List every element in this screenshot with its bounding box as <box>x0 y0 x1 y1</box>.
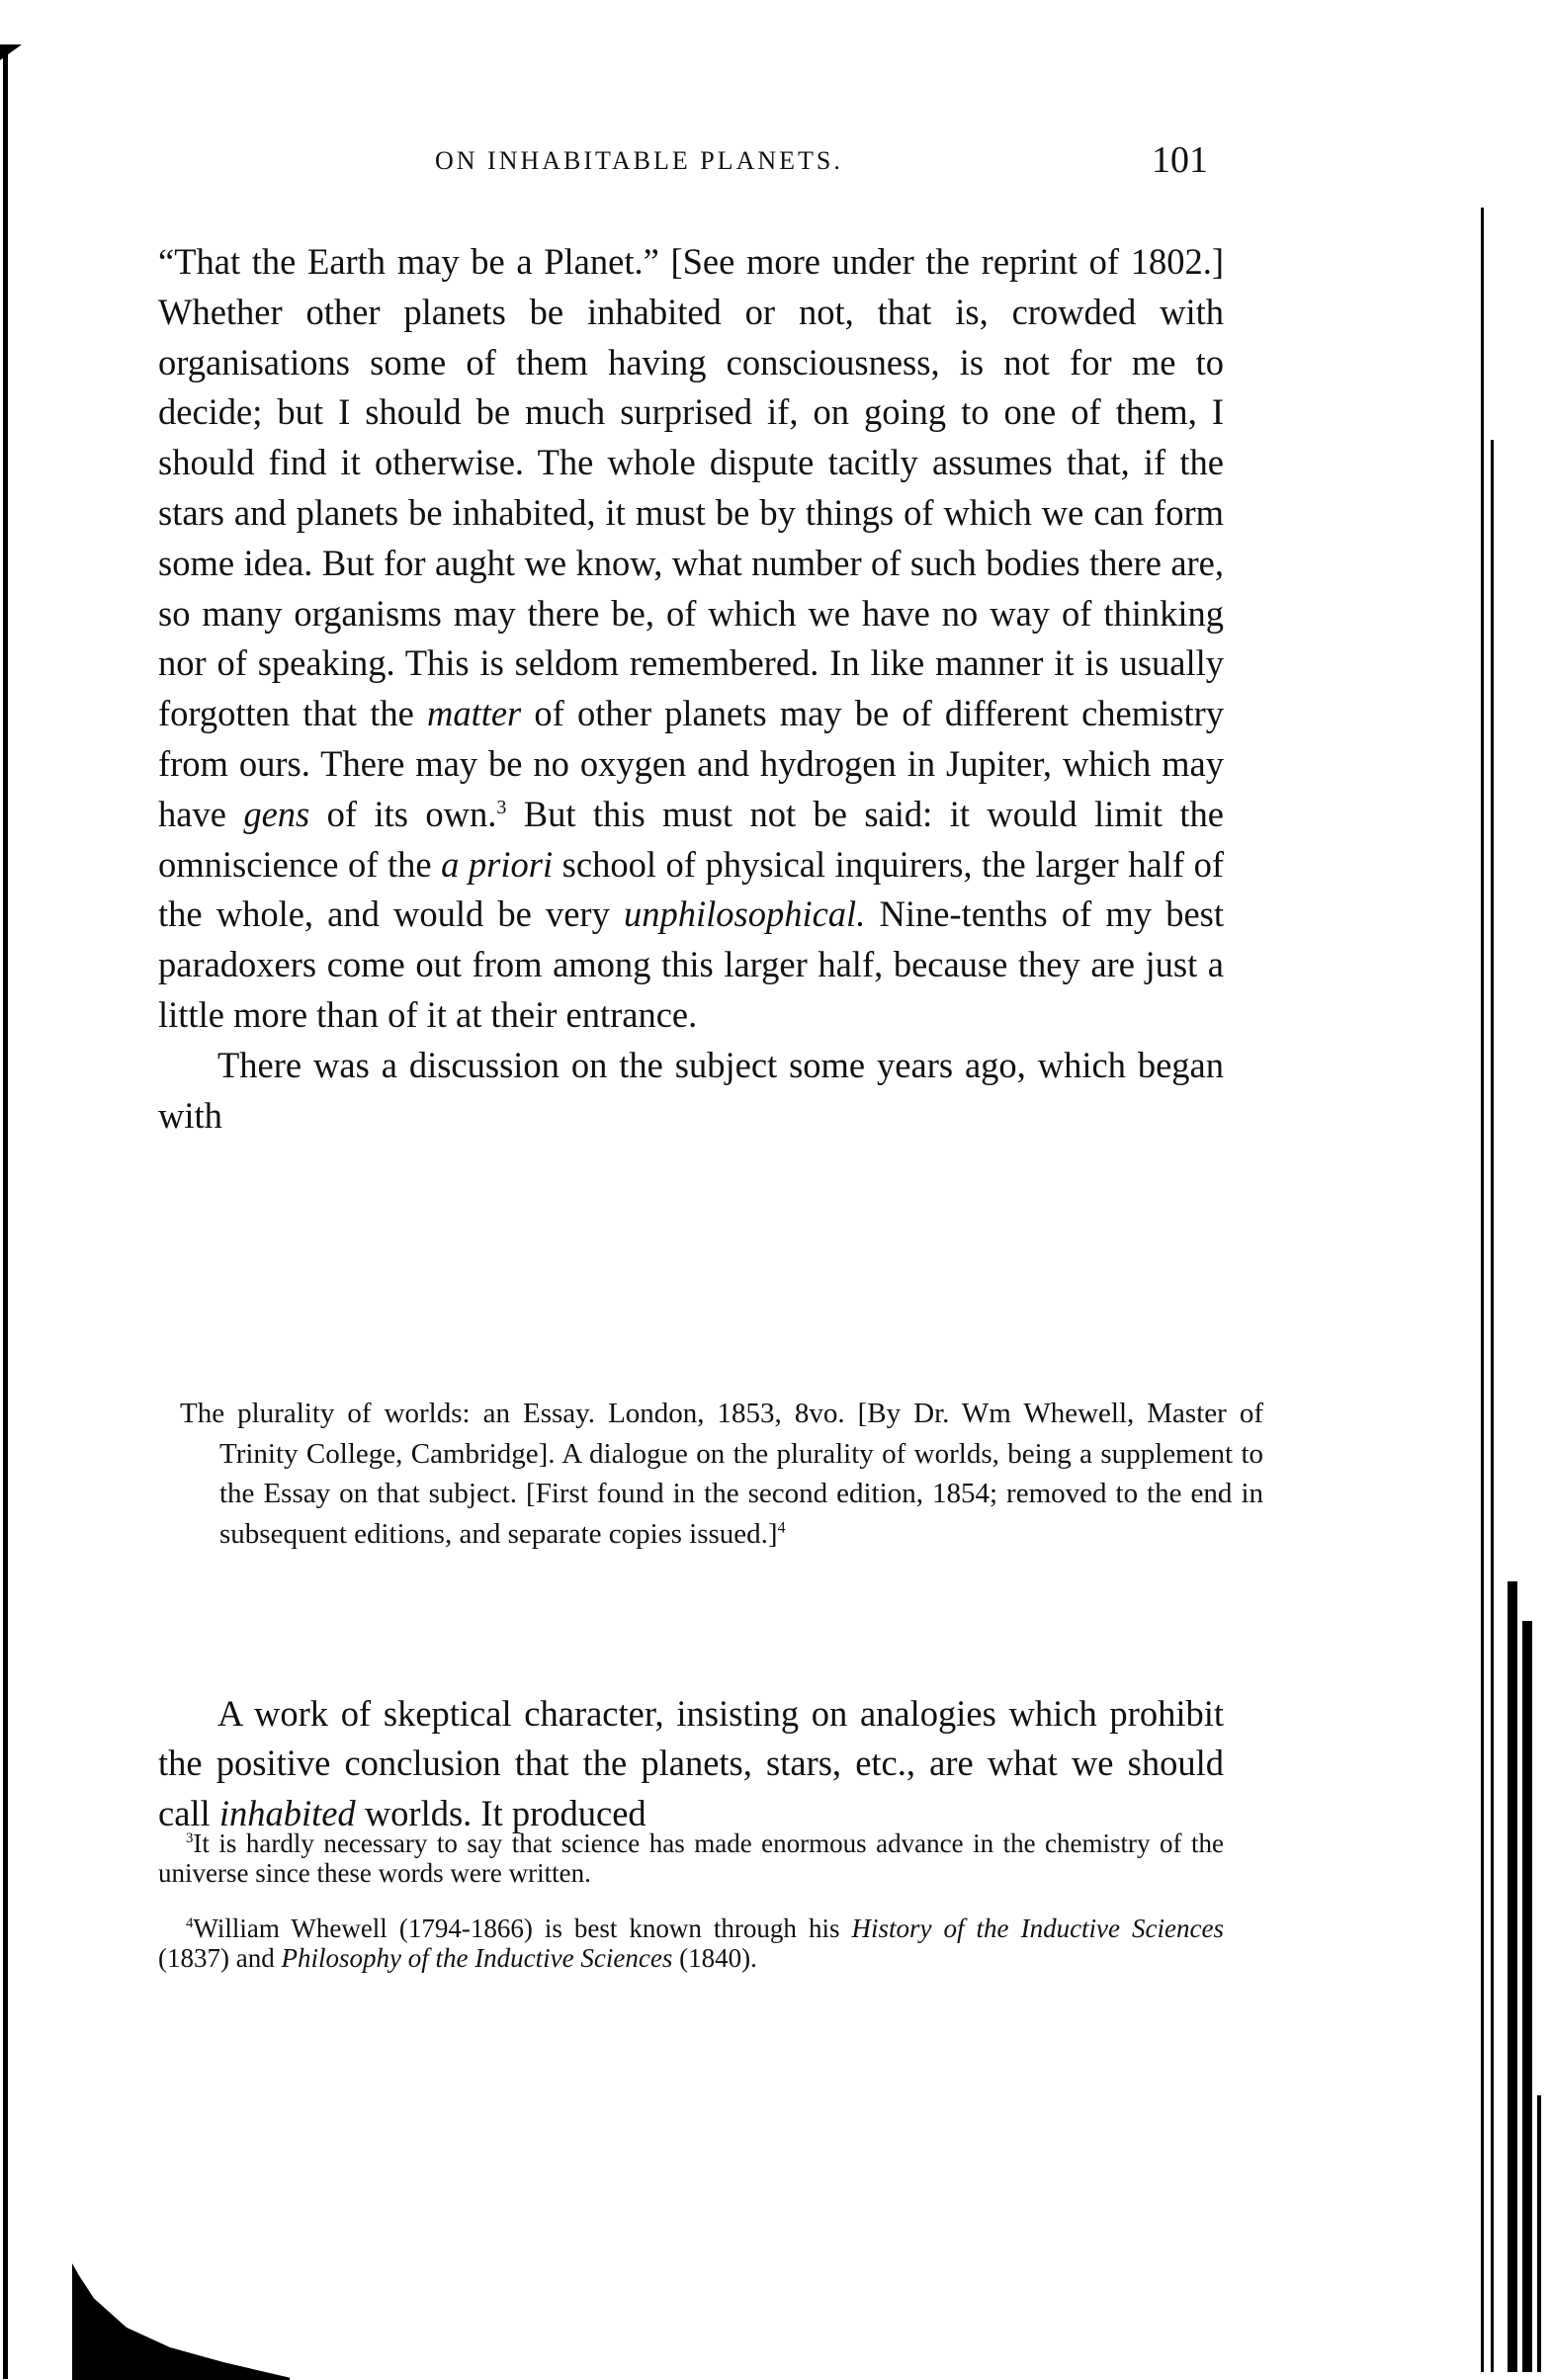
text-run: (1837) and <box>158 1943 281 1973</box>
footnote-3: 3It is hardly necessary to say that scie… <box>158 1828 1224 1888</box>
footnote-ref-3[interactable]: 3 <box>496 797 506 818</box>
scan-page-edge-right-5 <box>1537 2095 1541 2372</box>
scan-page-edge-right-1 <box>1481 208 1484 2372</box>
scan-page-edge-right-4 <box>1522 1621 1532 2372</box>
quoted-entry-text: The plurality of worlds: an Essay. Londo… <box>180 1398 1263 1550</box>
footnote-4: 4William Whewell (1794-1866) is best kno… <box>158 1913 1224 1973</box>
italic-run: a priori <box>441 844 553 885</box>
scan-page-edge-left <box>3 46 8 2379</box>
paragraph-3: A work of skeptical character, insisting… <box>158 1689 1224 1839</box>
text-run: worlds. It produced <box>356 1793 646 1833</box>
footnotes: 3It is hardly necessary to say that scie… <box>158 1828 1224 1998</box>
paragraph-1: “That the Earth may be a Planet.” [See m… <box>158 237 1224 1041</box>
running-head: ON INHABITABLE PLANETS. <box>435 146 843 176</box>
scan-page-corner-bottom <box>72 2263 290 2380</box>
text-run: (1840). <box>672 1943 756 1973</box>
italic-run: unphilosophical. <box>624 893 865 934</box>
paragraph-2: There was a discussion on the subject so… <box>158 1041 1224 1142</box>
scan-page-edge-right-2 <box>1491 440 1494 2372</box>
scan-page-edge-right-3 <box>1508 1581 1517 2372</box>
italic-run: History of the Inductive Sciences <box>852 1913 1225 1943</box>
main-text: “That the Earth may be a Planet.” [See m… <box>158 237 1224 1141</box>
page-number: 101 <box>1152 138 1208 182</box>
text-run: of its own. <box>309 794 496 834</box>
text-run: “That the Earth may be a Planet.” [See m… <box>158 241 1224 733</box>
italic-run: inhabited <box>219 1793 356 1833</box>
italic-run: gens <box>243 794 309 834</box>
text-run: William Whewell (1794-1866) is best know… <box>193 1913 851 1943</box>
footnote-ref-4[interactable]: 4 <box>778 1519 786 1536</box>
italic-run: matter <box>427 693 521 733</box>
italic-run: Philosophy of the Inductive Sciences <box>281 1943 672 1973</box>
footnote-text: It is hardly necessary to say that scien… <box>158 1828 1224 1888</box>
quoted-bibliographic-entry: The plurality of worlds: an Essay. Londo… <box>180 1394 1263 1554</box>
